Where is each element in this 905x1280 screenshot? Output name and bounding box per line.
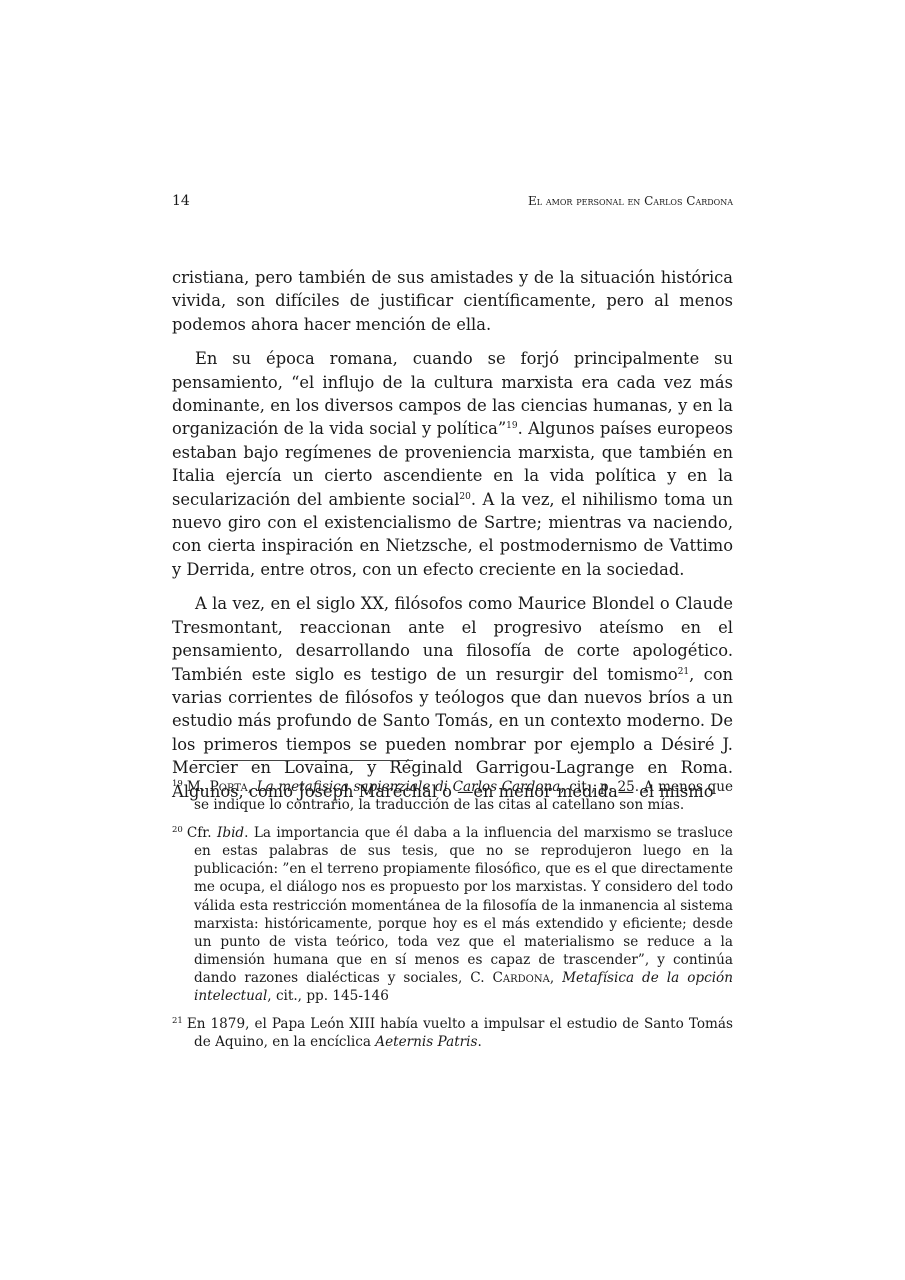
footnotes: 19M. Porta, La metafisica sapienziale di… <box>172 778 733 1061</box>
footnote: 21En 1879, el Papa León XIII había vuelt… <box>172 1015 733 1051</box>
italic-title: La metafisica sapienziale di Carlos Card… <box>257 779 561 795</box>
running-title: El amor personal en Carlos Cardona <box>528 194 733 208</box>
footnote-reference[interactable]: 20 <box>459 492 470 502</box>
author-name: Porta <box>210 779 248 795</box>
italic-title: Metafísica de la opción intelectual <box>194 970 733 1004</box>
body-text: cristiana, pero también de sus amistades… <box>172 266 733 814</box>
footnote: 19M. Porta, La metafisica sapienziale di… <box>172 778 733 814</box>
footnote-number: 19 <box>172 779 183 789</box>
page-header: 14 El amor personal en Carlos Cardona <box>172 193 733 213</box>
paragraph: En su época romana, cuando se forjó prin… <box>172 347 733 581</box>
footnote-number: 21 <box>172 1016 183 1026</box>
paragraph: A la vez, en el siglo XX, filósofos como… <box>172 592 733 803</box>
author-name: Cardona <box>493 970 550 986</box>
document-page: 14 El amor personal en Carlos Cardona cr… <box>0 0 905 1280</box>
italic-title: Ibid <box>217 825 244 841</box>
italic-title: Aeternis Patris <box>375 1034 477 1050</box>
page-number: 14 <box>172 193 190 209</box>
footnote: 20Cfr. Ibid. La importancia que él daba … <box>172 824 733 1005</box>
footnote-separator <box>193 760 413 761</box>
paragraph: cristiana, pero también de sus amistades… <box>172 266 733 336</box>
footnote-number: 20 <box>172 825 183 835</box>
footnote-reference[interactable]: 19 <box>506 422 517 432</box>
footnote-reference[interactable]: 21 <box>678 667 689 677</box>
